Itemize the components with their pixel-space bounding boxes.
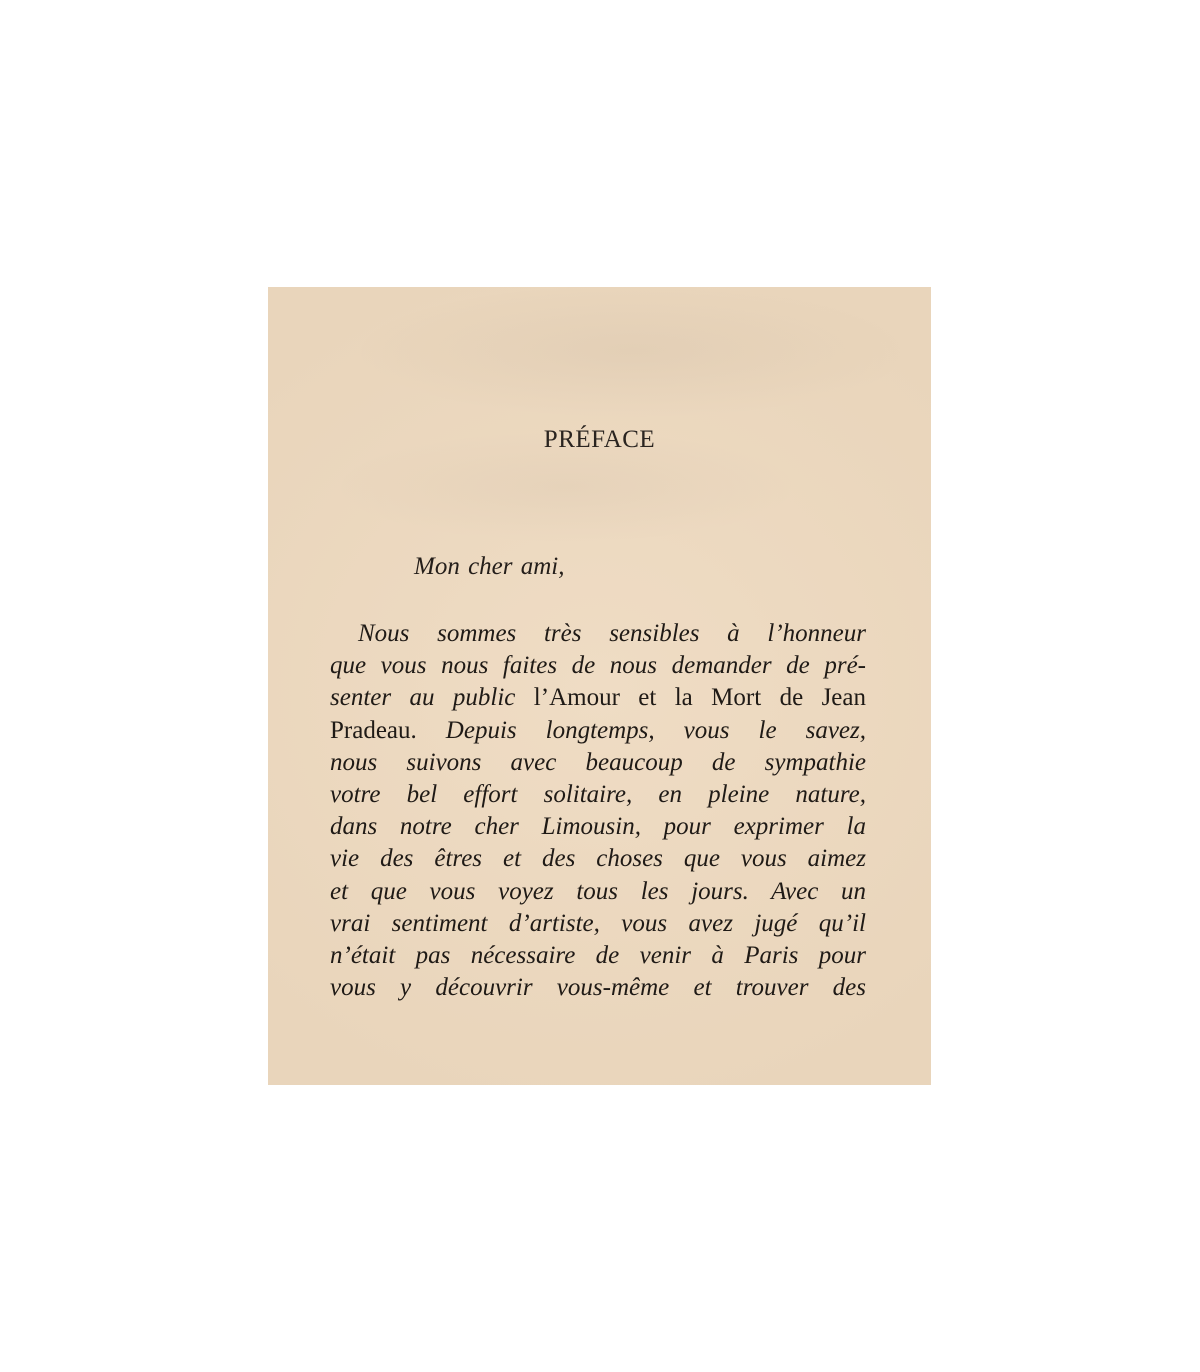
book-page: PRÉFACE Mon cher ami, Nous sommes très s… — [268, 287, 931, 1085]
text-line: que vous nous faites de nous demander de… — [330, 650, 866, 682]
text-line: et que vous voyez tous les jours. Avec u… — [330, 876, 866, 908]
preface-paragraph: Nous sommes très sensibles à l’honneur q… — [330, 618, 866, 1004]
text-line: vous y découvrir vous-même et trouver de… — [330, 972, 866, 1004]
book-title-run: Pradeau. — [330, 717, 446, 744]
text-line: votre bel effort solitaire, en pleine na… — [330, 779, 866, 811]
text-line: Pradeau. Depuis longtemps, vous le savez… — [330, 715, 866, 747]
italic-run: Depuis longtemps, vous le savez, — [446, 717, 866, 744]
italic-run: senter au public — [330, 684, 534, 711]
book-title-run: l’Amour et la Mort de Jean — [534, 684, 866, 711]
salutation: Mon cher ami, — [414, 553, 565, 581]
text-line: senter au public l’Amour et la Mort de J… — [330, 682, 866, 714]
text-line: Nous sommes très sensibles à l’honneur — [330, 618, 866, 650]
page-title: PRÉFACE — [268, 426, 931, 454]
text-line: nous suivons avec beaucoup de sympathie — [330, 747, 866, 779]
text-line: vrai sentiment d’artiste, vous avez jugé… — [330, 908, 866, 940]
text-line: vie des êtres et des choses que vous aim… — [330, 843, 866, 875]
text-line: dans notre cher Limousin, pour exprimer … — [330, 811, 866, 843]
text-line: n’était pas nécessaire de venir à Paris … — [330, 940, 866, 972]
